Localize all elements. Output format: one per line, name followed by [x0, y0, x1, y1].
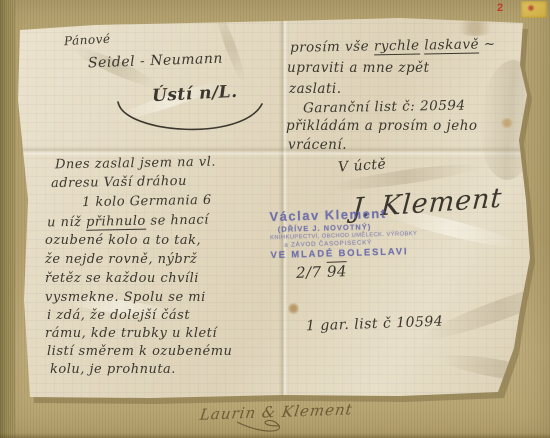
body-line: kolu, je prohnuta. [50, 362, 176, 377]
foxing-spot [500, 118, 514, 128]
closing-line: V úctě [338, 156, 387, 175]
body-line: listí směrem k ozubenému [47, 344, 232, 359]
body-line: i zdá, že dolejší část [47, 308, 190, 323]
body-text: u níž [47, 215, 86, 231]
place-flourish [110, 92, 270, 142]
body-line: 1 kolo Germania 6 [82, 193, 212, 210]
body-line: Garanční list č: 20594 [303, 98, 466, 117]
underlined-word: přihnulo [86, 214, 146, 231]
underlined-word: rychle [374, 38, 420, 56]
salutation: Pánové [64, 32, 111, 48]
scanned-letter-page: 2 Pánové Seidel - Neumann Ústí n/L. Dnes… [0, 0, 550, 438]
body-line: vysmekne. Spolu se mi [45, 290, 206, 305]
tab-red-mark [527, 4, 535, 12]
body-line: Dnes zaslal jsem na vl. [55, 155, 216, 173]
date-year: 94 [327, 261, 348, 281]
date-line: 2/7 94 [296, 262, 348, 282]
date-day: 2/7 [296, 263, 328, 282]
letter-paper: Pánové Seidel - Neumann Ústí n/L. Dnes z… [0, 0, 550, 438]
body-line: vrácení. [288, 137, 347, 153]
body-line: zaslati. [289, 81, 342, 97]
body-line: adresu Vaší dráhou [51, 174, 187, 191]
body-text: ~ [479, 36, 496, 52]
body-line: řetěz se každou chvíli [45, 271, 199, 286]
body-line: přikládám a prosím o jeho [286, 118, 478, 134]
body-text: se hnací [146, 213, 209, 229]
body-line: prosím vše rychle laskavě ~ [290, 36, 496, 56]
underlined-word: laskavě [424, 36, 479, 54]
album-binding-strip [0, 0, 15, 438]
fold-crease-horizontal [20, 146, 528, 156]
page-number: 2 [497, 2, 503, 14]
body-text: prosím vše [290, 38, 374, 55]
body-line: u níž přihnulo se hnací [47, 213, 209, 231]
foxing-spot [455, 20, 495, 36]
body-line: ozubené kolo a to tak, [45, 233, 201, 248]
foxing-spot [288, 302, 299, 315]
body-line: rámu, kde trubky u kletí [45, 326, 217, 341]
mount-bottom-shadow [0, 433, 550, 438]
body-line: upraviti a mne zpět [287, 60, 430, 76]
body-line: že nejde rovně, nýbrž [45, 252, 197, 267]
rubber-stamp: Václav Klement (DŘÍVE J. NOVOTNÝ) KNIHKU… [269, 205, 420, 262]
